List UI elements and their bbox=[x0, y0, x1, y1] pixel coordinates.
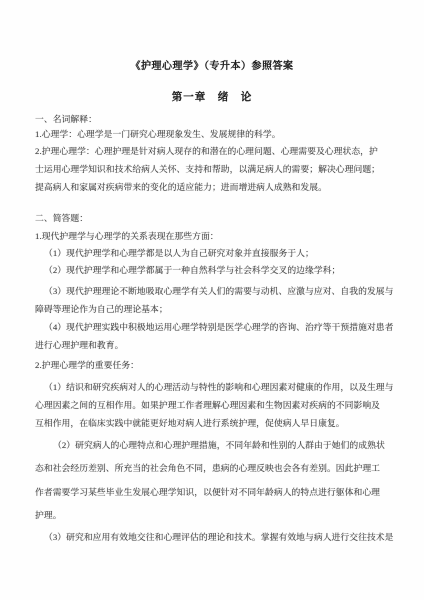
document-page: 《护理心理学》（专升本）参照答案 第一章 绪 论 一、名词解释：1.心理学：心理… bbox=[0, 0, 424, 600]
text-line: 2.护理心理学：心理护理是针对病人现存的和潜在的心理问题、心理需要及心理状态，护 bbox=[35, 145, 395, 157]
text-line: 士运用心理学知识和技术给病人关怀、支持和帮助，以满足病人的需要；解决心理问题； bbox=[35, 163, 395, 175]
text-line: 1.心理学：心理学是一门研究心理现象发生、发展规律的科学。 bbox=[35, 128, 395, 140]
text-line: 1.现代护理学与心理学的关系表现在那些方面： bbox=[35, 230, 395, 242]
text-line: 2.护理心理学的重要任务： bbox=[35, 359, 395, 371]
text-line: 提高病人和家属对疾病带来的变化的适应能力；进而增进病人成熟和发展。 bbox=[35, 181, 395, 193]
text-line: 互相作用，在临床实践中就能更好地对病人进行系统护理，促使病人早日康复。 bbox=[35, 417, 395, 429]
text-line: （4）现代护理实践中积极地运用心理学特别是医学心理学的咨询、治疗等干预措施对患者 bbox=[44, 321, 404, 333]
text-line: （1）结识和研究疾病对人的心理活动与特性的影响和心理因素对健康的作用，以及生理与 bbox=[44, 381, 404, 393]
chapter-heading: 第一章 绪 论 bbox=[0, 89, 424, 104]
text-line: （3）研究和应用有效地交往和心理评估的理论和技术。掌握有效地与病人进行交往技术是 bbox=[44, 531, 404, 543]
text-line: 一、名词解释： bbox=[35, 113, 395, 125]
text-line: （2）现代护理学和心理学都属于一种自然科学与社会科学交叉的边缘学科； bbox=[44, 264, 404, 276]
text-line: 进行心理护理和教育。 bbox=[35, 339, 395, 351]
text-line: 障碍等理论作为自己的理论基本； bbox=[35, 303, 395, 315]
text-line: 二、简答题： bbox=[35, 212, 395, 224]
text-line: 作者需要学习某些毕业生发展心理学知识，以便针对不同年龄病人的特点进行躯体和心理 bbox=[35, 486, 395, 498]
text-line: （2）研究病人的心理特点和心理护理措施，不同年龄和性别的人群由于她们的成熟状 bbox=[53, 439, 413, 451]
text-line: （3）现代护理理论不断地吸取心理学有关人们的需要与动机、应激与应对、自我的发展与 bbox=[44, 285, 404, 297]
text-line: 态和社会经历差别、所充当的社会角色不同，患病的心理反映也会各有差别。因此护理工 bbox=[35, 462, 395, 474]
text-line: 护理。 bbox=[35, 509, 395, 521]
text-line: 心理因素之间的互相作用。如果护理工作者理解心理因素和生物因素对疾病的不同影响及 bbox=[35, 399, 395, 411]
document-title: 《护理心理学》（专升本）参照答案 bbox=[0, 57, 424, 72]
text-line: （1）现代护理学和心理学都是以人为自己研究对象并直接服务于人； bbox=[44, 247, 404, 259]
